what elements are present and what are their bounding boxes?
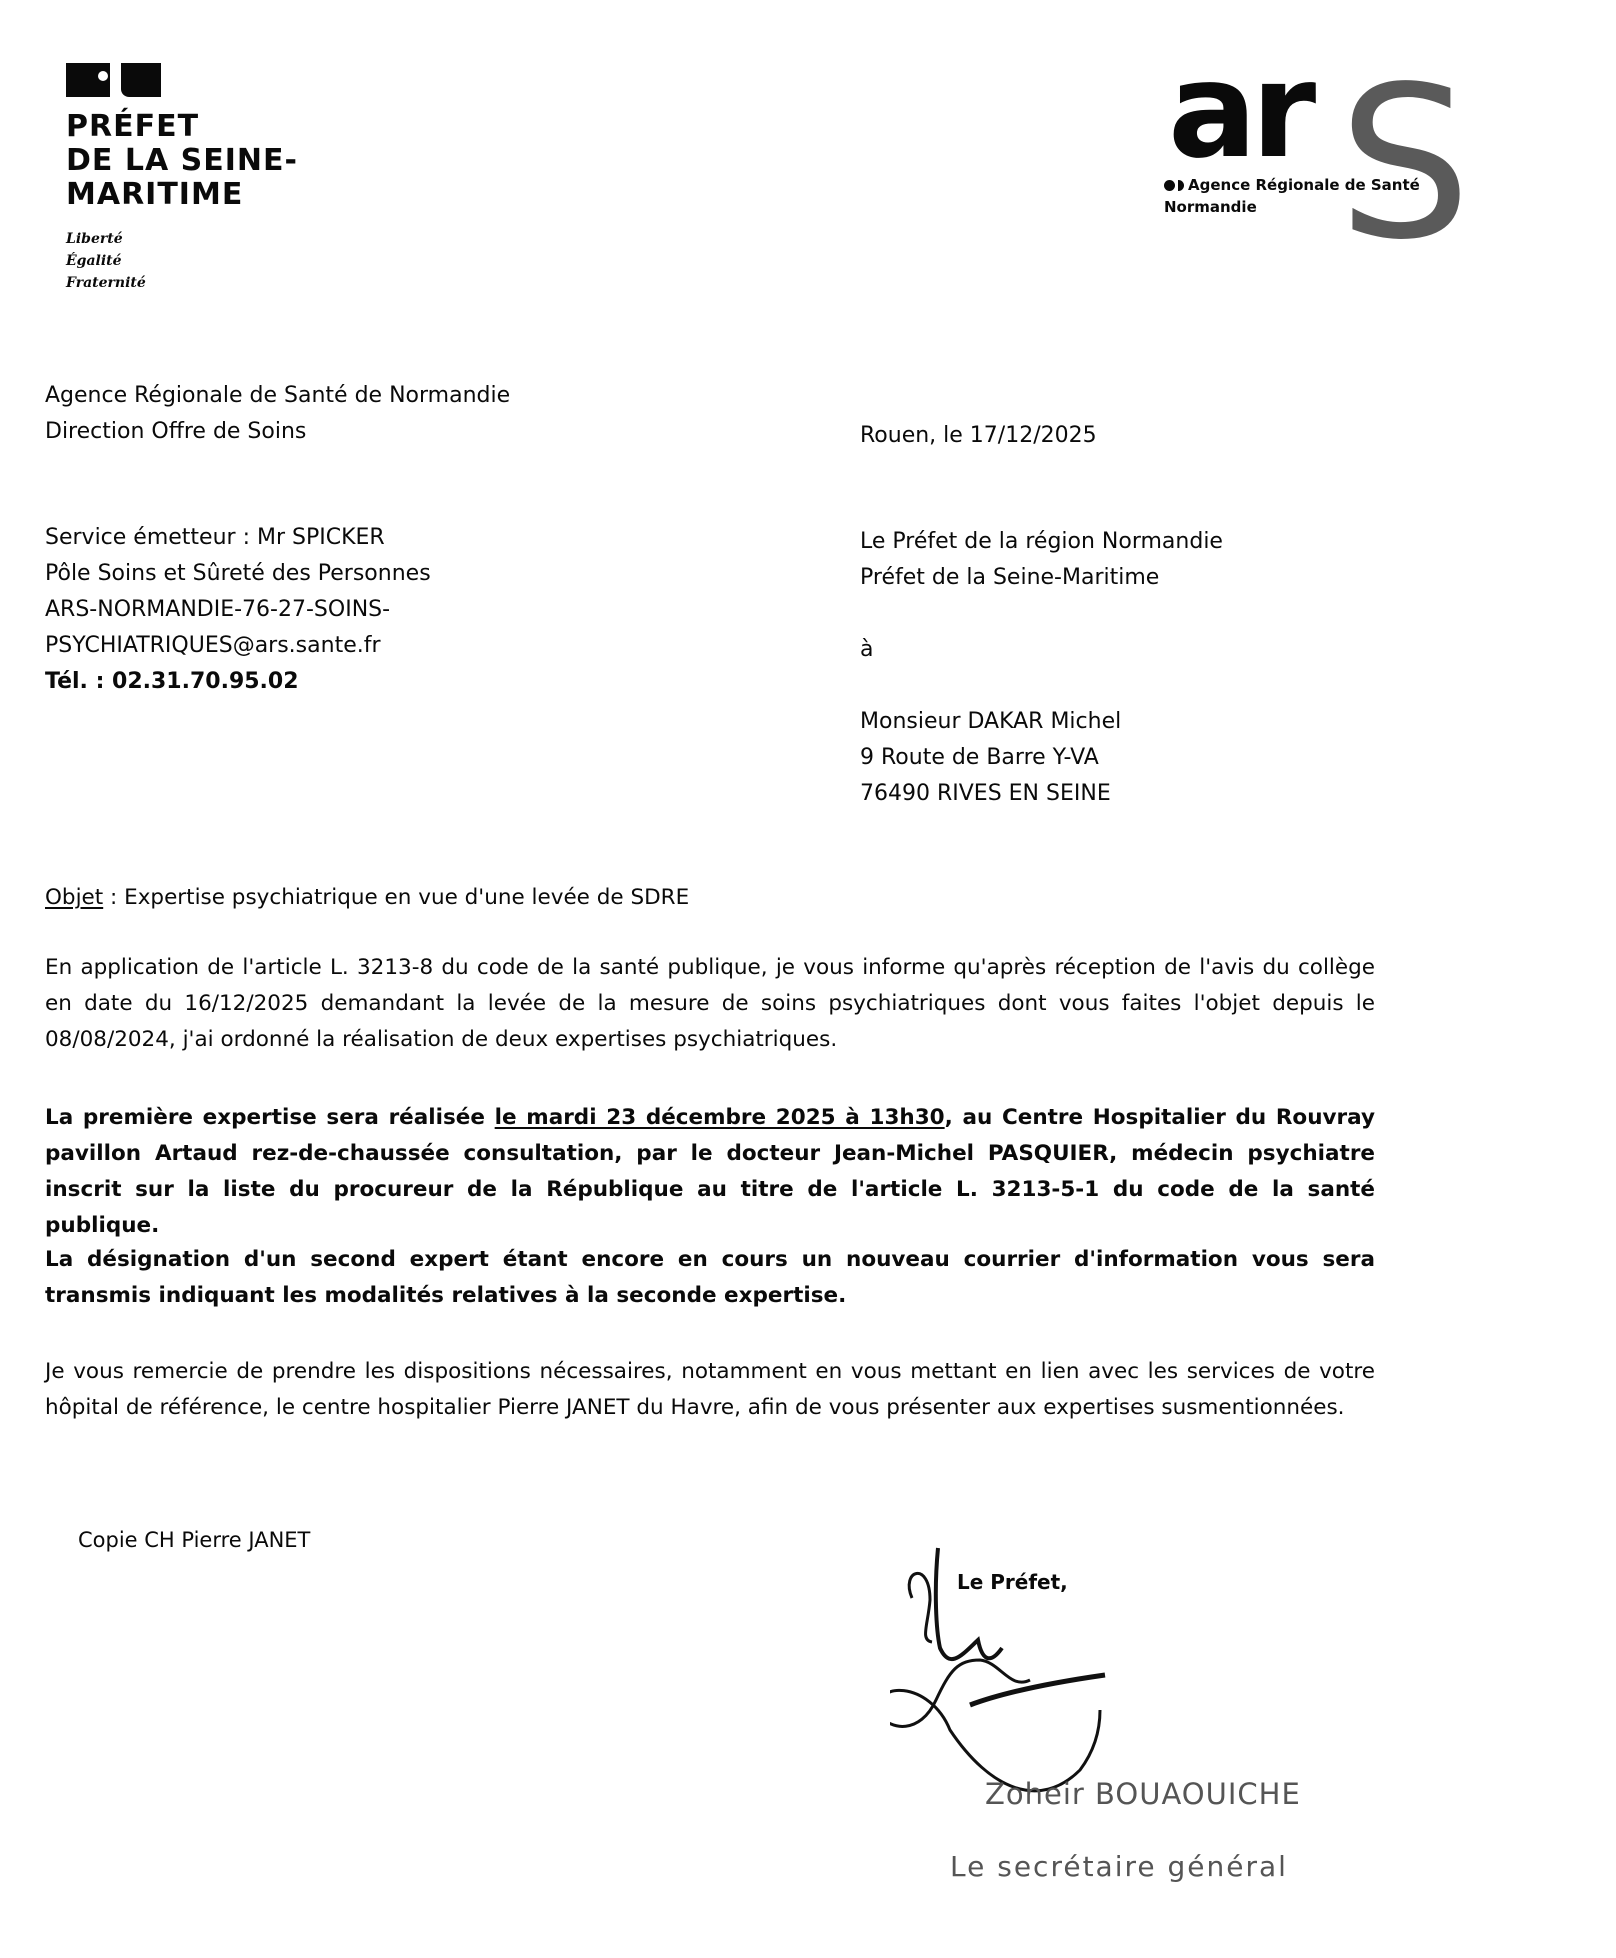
copy-recipient: Copie CH Pierre JANET bbox=[78, 1528, 310, 1552]
recipient-city: 76490 RIVES EN SEINE bbox=[860, 776, 1223, 812]
signer-name: Zoheir BOUAOUICHE bbox=[985, 1777, 1301, 1811]
recipient-block: Le Préfet de la région Normandie Préfet … bbox=[860, 524, 1223, 812]
service-email-line2: PSYCHIATRIQUES@ars.sante.fr bbox=[45, 628, 431, 664]
subject-label: Objet bbox=[45, 885, 103, 910]
service-email-line1: ARS-NORMANDIE-76-27-SOINS- bbox=[45, 592, 431, 628]
recipient-street: 9 Route de Barre Y-VA bbox=[860, 740, 1223, 776]
ars-tagline: Agence Régionale de Santé bbox=[1164, 176, 1420, 194]
service-emitter: Service émetteur : Mr SPICKER bbox=[45, 520, 431, 556]
paragraph-4: Je vous remercie de prendre les disposit… bbox=[45, 1354, 1375, 1426]
p2-intro: La première expertise sera réalisée bbox=[45, 1105, 495, 1130]
prefecture-title-line: MARITIME bbox=[66, 178, 298, 212]
ars-half-circle-icon bbox=[1178, 180, 1184, 191]
ars-region: Normandie bbox=[1164, 198, 1257, 216]
motto-egalite: Égalité bbox=[66, 250, 146, 272]
appointment-datetime: le mardi 23 décembre 2025 à 13h30 bbox=[495, 1105, 945, 1130]
service-phone: Tél. : 02.31.70.95.02 bbox=[45, 664, 431, 700]
republic-motto: Liberté Égalité Fraternité bbox=[66, 228, 146, 294]
ars-tagline-text: Agence Régionale de Santé bbox=[1188, 176, 1420, 194]
authority-line1: Le Préfet de la région Normandie bbox=[860, 524, 1223, 560]
prefecture-title-line: PRÉFET bbox=[66, 110, 298, 144]
motto-fraternite: Fraternité bbox=[66, 272, 146, 294]
prefecture-title: PRÉFET DE LA SEINE- MARITIME bbox=[66, 110, 298, 212]
to-word: à bbox=[860, 632, 1223, 668]
place-date: Rouen, le 17/12/2025 bbox=[860, 418, 1097, 454]
signature-label: Le Préfet, bbox=[957, 1570, 1068, 1594]
paragraph-3: La désignation d'un second expert étant … bbox=[45, 1242, 1375, 1314]
ars-logo-letters: ar bbox=[1168, 36, 1310, 186]
subject-line: Objet : Expertise psychiatrique en vue d… bbox=[45, 880, 1375, 916]
signer-role: Le secrétaire général bbox=[950, 1850, 1288, 1883]
sender-service: Service émetteur : Mr SPICKER Pôle Soins… bbox=[45, 520, 431, 700]
ars-dot-icon bbox=[1164, 180, 1175, 191]
paragraph-2: La première expertise sera réalisée le m… bbox=[45, 1100, 1375, 1244]
prefecture-title-line: DE LA SEINE- bbox=[66, 144, 298, 178]
subject-text: : Expertise psychiatrique en vue d'une l… bbox=[103, 885, 689, 910]
recipient-name: Monsieur DAKAR Michel bbox=[860, 704, 1223, 740]
sender-direction: Direction Offre de Soins bbox=[45, 414, 510, 450]
marianne-logo bbox=[66, 63, 162, 99]
sender-org-name: Agence Régionale de Santé de Normandie bbox=[45, 378, 510, 414]
service-pole: Pôle Soins et Sûreté des Personnes bbox=[45, 556, 431, 592]
ars-logo: ar S Agence Régionale de Santé Normandie bbox=[1160, 68, 1480, 248]
paragraph-1: En application de l'article L. 3213-8 du… bbox=[45, 950, 1375, 1058]
motto-liberte: Liberté bbox=[66, 228, 146, 250]
sender-organization: Agence Régionale de Santé de Normandie D… bbox=[45, 378, 510, 450]
authority-line2: Préfet de la Seine-Maritime bbox=[860, 560, 1223, 596]
ars-logo-s: S bbox=[1338, 64, 1471, 264]
